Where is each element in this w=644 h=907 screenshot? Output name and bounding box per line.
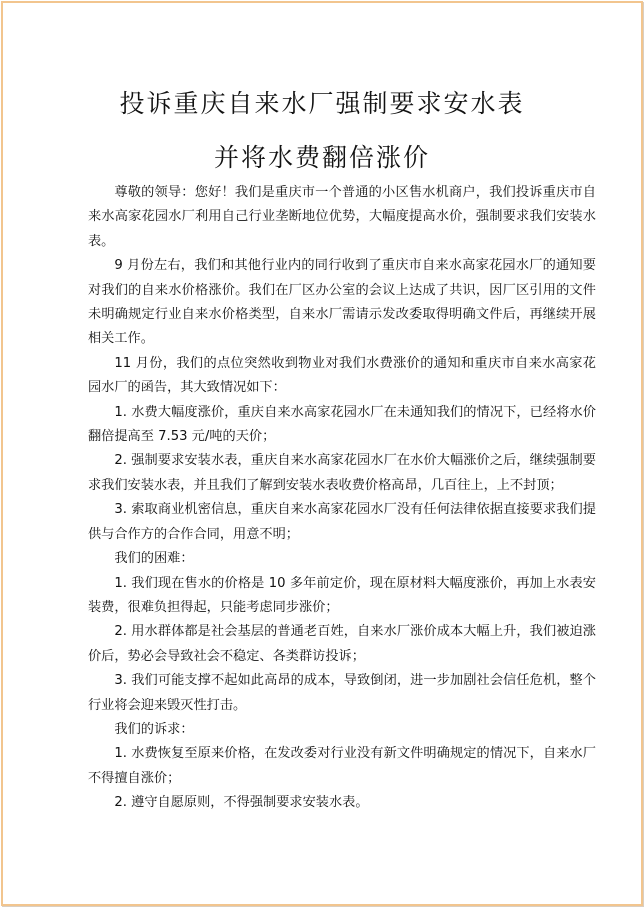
paragraph-situation-3: 3. 索取商业机密信息，重庆自来水高家花园水厂没有任何法律依据直接要求我们提供与… bbox=[88, 498, 596, 547]
paragraph-situation-2: 2. 强制要求安装水表，重庆自来水高家花园水厂在水价大幅涨价之后，继续强制要求我… bbox=[88, 449, 596, 498]
paragraph-demand-1: 1. 水费恢复至原来价格，在发改委对行业没有新文件明确规定的情况下，自来水厂不得… bbox=[88, 742, 596, 791]
document-title-line-2: 并将水费翻倍涨价 bbox=[0, 138, 644, 174]
heading-demands: 我们的诉求： bbox=[88, 718, 596, 742]
paragraph-november: 11 月份，我们的点位突然收到物业对我们水费涨价的通知和重庆市自来水高家花园水厂… bbox=[88, 352, 596, 401]
paragraph-situation-1: 1. 水费大幅度涨价，重庆自来水高家花园水厂在未通知我们的情况下，已经将水价翻倍… bbox=[88, 401, 596, 450]
document-body: 尊敬的领导：您好！我们是重庆市一个普通的小区售水机商户，我们投诉重庆市自来水高家… bbox=[88, 181, 596, 816]
heading-difficulties: 我们的困难： bbox=[88, 547, 596, 571]
paragraph-difficulty-3: 3. 我们可能支撑不起如此高昂的成本，导致倒闭，进一步加剧社会信任危机，整个行业… bbox=[88, 669, 596, 718]
paragraph-difficulty-2: 2. 用水群体都是社会基层的普通老百姓，自来水厂涨价成本大幅上升，我们被迫涨价后… bbox=[88, 620, 596, 669]
paragraph-greeting: 尊敬的领导：您好！我们是重庆市一个普通的小区售水机商户，我们投诉重庆市自来水高家… bbox=[88, 181, 596, 254]
paragraph-demand-2: 2. 遵守自愿原则，不得强制要求安装水表。 bbox=[88, 791, 596, 815]
paragraph-september: 9 月份左右，我们和其他行业内的同行收到了重庆市自来水高家花园水厂的通知要对我们… bbox=[88, 254, 596, 352]
document-title-line-1: 投诉重庆自来水厂强制要求安水表 bbox=[0, 84, 644, 120]
paragraph-difficulty-1: 1. 我们现在售水的价格是 10 多年前定价，现在原材料大幅度涨价，再加上水表安… bbox=[88, 572, 596, 621]
